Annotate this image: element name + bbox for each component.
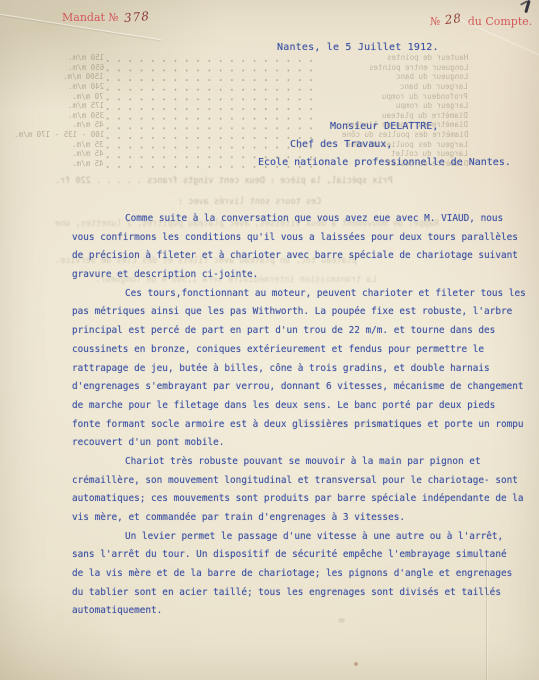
body-line: vis mère, et commandée par train d'engre…	[72, 509, 526, 528]
body-line: pas métriques ainsi que les pas Withwort…	[72, 303, 526, 322]
mandat-number-handwritten: 378	[123, 9, 150, 25]
bleedthrough-text: 1500 m/m.	[63, 72, 104, 82]
paper-stain	[354, 662, 358, 666]
body-line: Un levier permet le passage d'une vitess…	[72, 528, 526, 547]
bleedthrough-row: 70 m/m.	[10, 92, 104, 102]
body-line: automatiques; ces mouvements sont produi…	[72, 490, 526, 509]
paper-crease	[486, 556, 487, 680]
bleedthrough-text: 45 m/m.	[72, 149, 104, 159]
body-line: vous confirmons les conditions qu'il vou…	[72, 229, 526, 248]
bleedthrough-row: Longueur du banc	[286, 72, 468, 82]
bleedthrough-row: Largeur du rompu	[286, 101, 468, 111]
bleedthrough-values-column: 150 m/m.650 m/m.1500 m/m.240 m/m.70 m/m.…	[10, 53, 104, 169]
bleedthrough-row: 350 m/m.	[10, 111, 104, 121]
body-line: automatiquement.	[72, 602, 526, 621]
bleedthrough-text: 150 m/m.	[68, 53, 104, 63]
bleedthrough-text: 175 m/m.	[68, 101, 104, 111]
recipient-line: Monsieur DELATTRE,	[330, 118, 511, 136]
letter-page: 150 m/m.650 m/m.1500 m/m.240 m/m.70 m/m.…	[0, 0, 539, 680]
bleedthrough-row: Hauteur de pointes	[286, 53, 468, 63]
body-line: d'engrenages s'embrayant par verrou, don…	[72, 378, 526, 397]
paper-stain	[338, 618, 345, 623]
bleedthrough-fragment: Prix spécial, la pièce : Deux cent vingt…	[55, 176, 393, 186]
bleedthrough-row: Largeur du banc	[286, 82, 468, 92]
recipient-line: Ecole nationale professionnelle de Nante…	[258, 154, 511, 172]
bleedthrough-text: 350 m/m.	[68, 111, 104, 121]
bleedthrough-text: 35 m/m.	[72, 140, 104, 150]
bleedthrough-row: 35 m/m.	[10, 140, 104, 150]
body-line: de précision à fileter et à charioter av…	[72, 247, 526, 266]
compte-prefix: №	[430, 15, 440, 28]
bleedthrough-text: 45 m/m.	[72, 120, 104, 130]
bleedthrough-row: 240 m/m.	[10, 82, 104, 92]
bleedthrough-row: 150 m/m.	[10, 53, 104, 63]
body-line: de marche pour le filetage dans les deux…	[72, 397, 526, 416]
bleedthrough-fragment: Ces tours sont livrés avec :	[178, 197, 321, 207]
recipient-line: Chef des Travaux,	[290, 136, 511, 154]
body-line: rattrapage de jeu, butée à billes, cône …	[72, 360, 526, 379]
bleedthrough-text: Largeur du rompu	[396, 101, 468, 111]
bleedthrough-text: Longueur du banc	[396, 72, 468, 82]
bleedthrough-row: 100 - 135 - 170 m/m.	[10, 130, 104, 140]
bleedthrough-text: Longueur entre pointes	[369, 63, 468, 73]
recipient-block: Monsieur DELATTRE,Chef des Travaux,Ecole…	[258, 118, 511, 173]
bleedthrough-row: 175 m/m.	[10, 101, 104, 111]
bleedthrough-row: Longueur entre pointes	[286, 63, 468, 73]
bleedthrough-text: 70 m/m.	[72, 92, 104, 102]
body-line: Comme suite à la conversation que vous a…	[72, 210, 526, 229]
body-line: fonte formant socle armoire est à deux g…	[72, 416, 526, 435]
body-line: sans l'arrêt du tour. Un dispositif de s…	[72, 546, 526, 565]
mandat-stamp: Mandat №378	[62, 10, 150, 24]
bleedthrough-row: 45 m/m.	[10, 149, 104, 159]
body-line: recouvert d'un pont mobile.	[72, 434, 526, 453]
bleedthrough-text: Hauteur de pointes	[387, 53, 468, 63]
bleedthrough-row: 45 m/m.	[10, 120, 104, 130]
mandat-label: Mandat №	[62, 11, 119, 24]
letter-body: Comme suite à la conversation que vous a…	[72, 210, 526, 621]
bleedthrough-text: 45 m/m.	[72, 159, 104, 169]
body-line: de la vis mère et de la barre de chariot…	[72, 565, 526, 584]
bleedthrough-text: Profondeur du rompu	[382, 92, 468, 102]
body-line: Chariot très robuste pouvant se mouvoir …	[72, 453, 526, 472]
bleedthrough-row: 650 m/m.	[10, 63, 104, 73]
body-line: gravure et description ci-jointe.	[72, 266, 526, 285]
body-line: crémaillère, son mouvement longitudinal …	[72, 472, 526, 491]
body-line: du tablier sont en acier taillé; tous le…	[72, 584, 526, 603]
compte-stamp: №28du Compte.	[430, 14, 532, 28]
body-line: coussinets en bronze, coniques extérieur…	[72, 341, 526, 360]
date-line: Nantes, le 5 Juillet 1912.	[277, 42, 439, 53]
bleedthrough-row: 1500 m/m.	[10, 72, 104, 82]
bleedthrough-row: 45 m/m.	[10, 159, 104, 169]
bleedthrough-text: Largeur du banc	[400, 82, 468, 92]
bleedthrough-text: 240 m/m.	[68, 82, 104, 92]
body-line: principal est percé de part en part d'un…	[72, 322, 526, 341]
bleedthrough-row: Profondeur du rompu	[286, 92, 468, 102]
bleedthrough-text: 650 m/m.	[68, 63, 104, 73]
bleedthrough-text: 100 - 135 - 170 m/m.	[14, 130, 104, 140]
body-line: Ces tours,fonctionnant au moteur, peuven…	[72, 285, 526, 304]
